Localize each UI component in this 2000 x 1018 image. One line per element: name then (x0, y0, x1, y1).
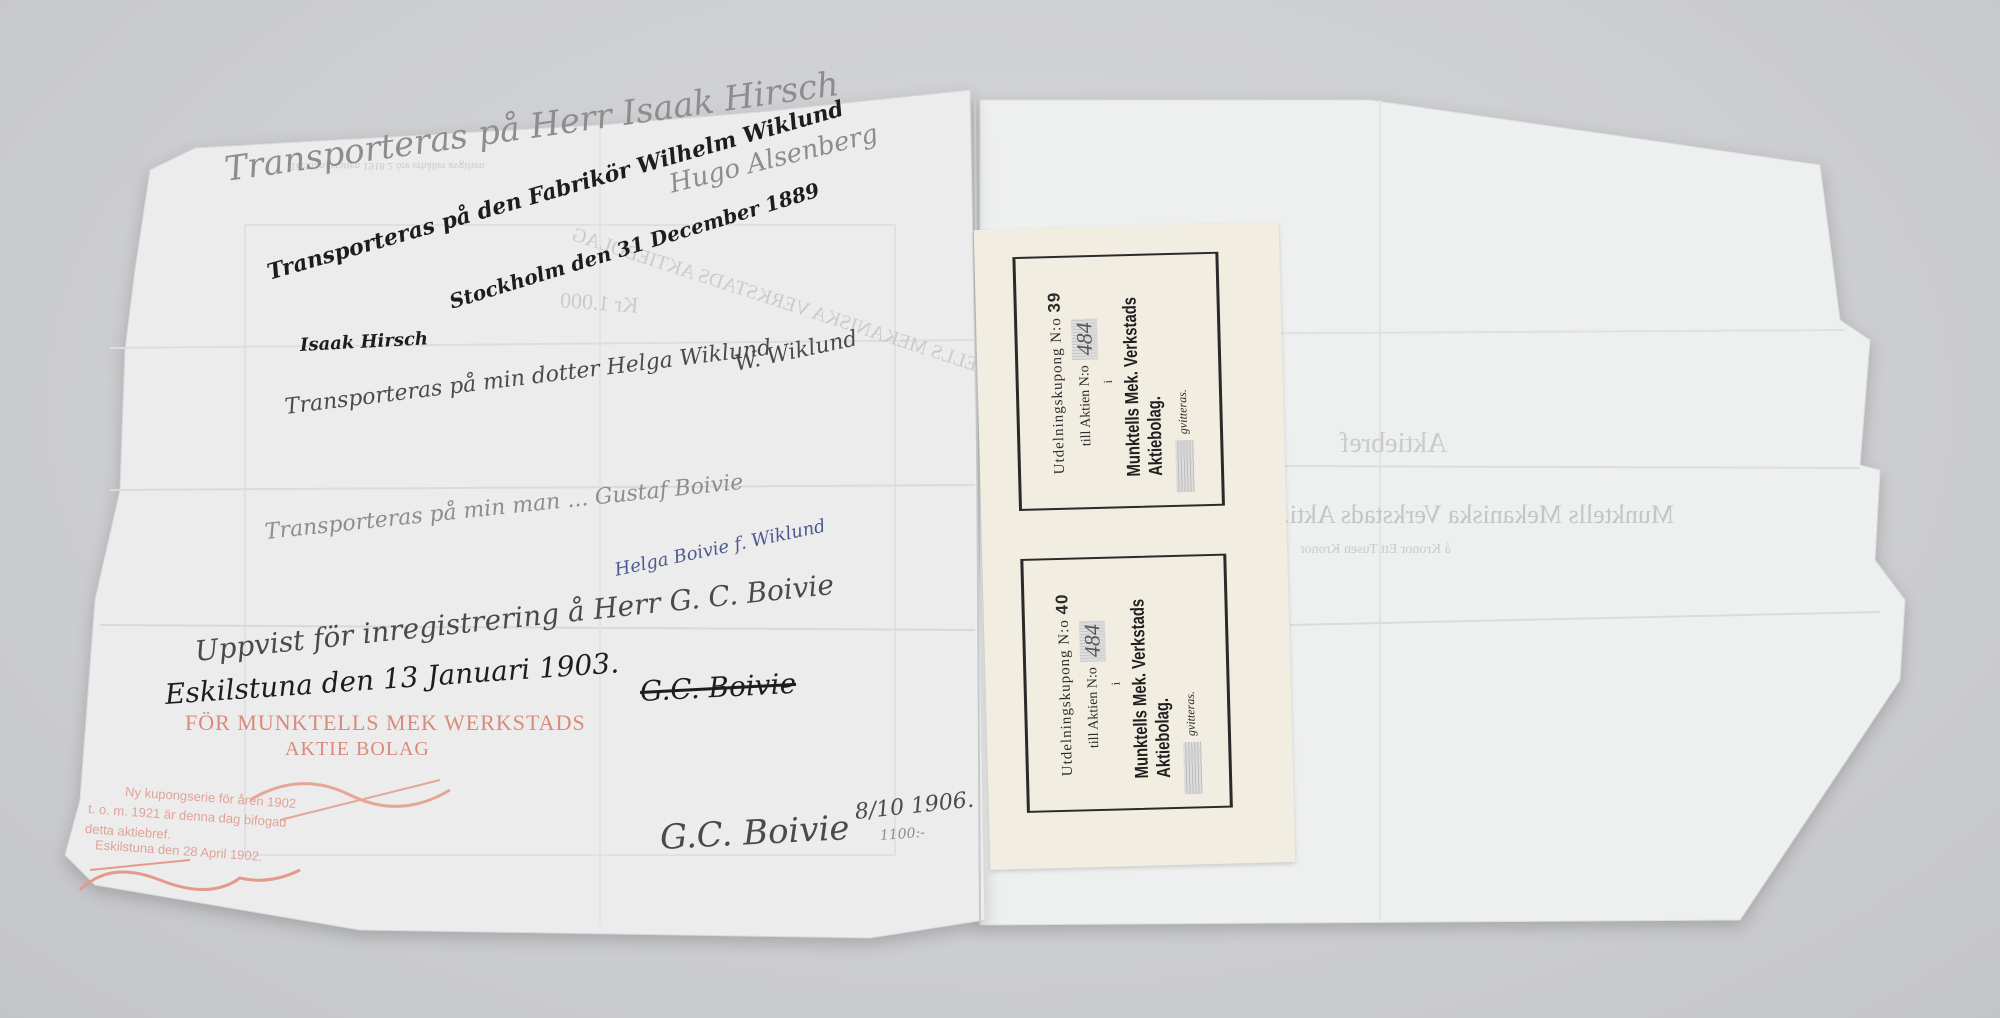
company-stamp-line1: FÖR MUNKTELLS MEK WERKSTADS (185, 710, 586, 736)
coupon-40-title: Utdelningskupong N:o 40 (1052, 593, 1077, 776)
hatch-box (1175, 440, 1194, 492)
coupon-39-share-number: 484 (1071, 318, 1098, 360)
coupon-39-company: Munktells Mek. Verkstads Aktiebolag. (1119, 285, 1168, 477)
red-signature-scribble (70, 850, 310, 910)
left-ghost-amount: Kr 1.000 (559, 287, 639, 318)
hatch-box (1183, 742, 1202, 794)
coupon-39-number: 39 (1044, 291, 1064, 312)
coupon-40-number: 40 (1052, 593, 1072, 614)
coupon-39-in: i (1100, 380, 1115, 384)
coupon-40: Utdelningskupong N:o 40 till Aktien N:o … (1020, 554, 1233, 813)
final-amount: 1100:- (879, 825, 925, 844)
coupon-40-receipt: gvitteras. (1181, 691, 1202, 804)
company-stamp-line2: AKTIE BOLAG (285, 738, 430, 761)
dividend-coupon-strip: Utdelningskupong N:o 39 till Aktien N:o … (974, 222, 1296, 870)
red-stamp-scribble (240, 770, 460, 830)
coupon-39-share: till Aktien N:o 484 (1071, 318, 1100, 447)
coupon-40-company: Munktells Mek. Verkstads Aktiebolag. (1127, 587, 1176, 779)
coupon-39-title: Utdelningskupong N:o 39 (1044, 291, 1069, 474)
coupon-39-receipt: gvitteras. (1173, 389, 1194, 502)
coupon-40-share: till Aktien N:o 484 (1078, 620, 1107, 749)
photo-scene: Aktiebref Munktells Mekaniska Verkstads … (0, 0, 2000, 1018)
coupon-39: Utdelningskupong N:o 39 till Aktien N:o … (1012, 252, 1225, 511)
coupon-40-in: i (1108, 682, 1123, 686)
coupon-40-share-number: 484 (1078, 620, 1105, 662)
